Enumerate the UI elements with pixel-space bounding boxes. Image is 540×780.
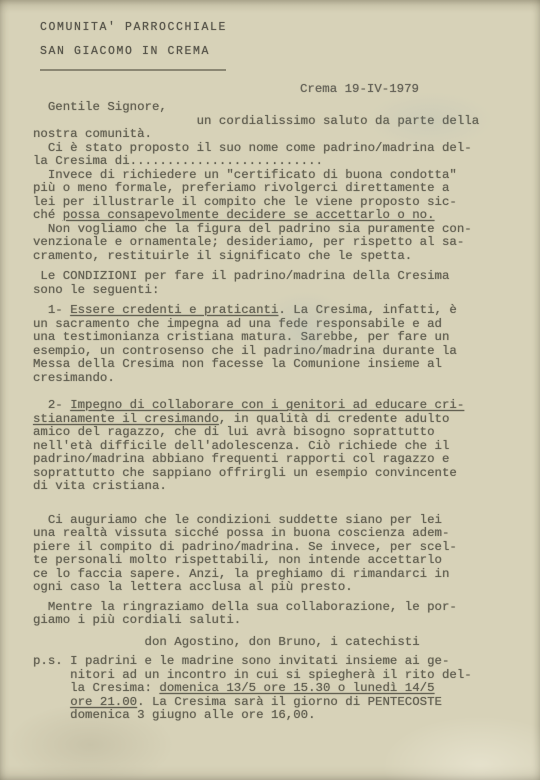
- text-segment: lei per illustrarle il compito che le vi…: [33, 195, 457, 209]
- text-segment: sono le seguenti:: [33, 283, 159, 297]
- text-segment: un sacramento che impegna ad una fede re…: [33, 317, 442, 331]
- letter-line: amico del ragazzo, che di lui avrà bisog…: [33, 426, 479, 440]
- text-segment: un cordialissimo saluto da parte della: [33, 114, 479, 128]
- letterhead-line2: SAN GIACOMO IN CREMA: [40, 40, 227, 64]
- letter-line: Messa della Cresima non facesse la Comun…: [33, 358, 479, 372]
- paragraph: Non vogliamo che la figura del padrino s…: [33, 223, 479, 264]
- text-segment: don Agostino, don Bruno, i catechisti: [33, 635, 420, 649]
- letter-line: Ci è stato proposto il suo nome come pad…: [33, 142, 479, 156]
- text-segment: la Cresima di..........................: [33, 154, 323, 168]
- text-segment: [33, 695, 70, 709]
- letterhead-line1: COMUNITA' PARROCCHIALE: [40, 16, 227, 40]
- letter-line: Le CONDIZIONI per fare il padrino/madrin…: [33, 270, 479, 284]
- text-segment: Non vogliamo che la figura del padrino s…: [33, 222, 472, 236]
- letter-line: stianamente il cresimando, in qualità di…: [33, 413, 479, 427]
- paragraph: 2- Impegno di collaborare con i genitori…: [33, 399, 479, 494]
- text-segment: Gentile Signore,: [33, 100, 167, 114]
- text-segment: . La Cresima, infatti, è: [278, 303, 456, 317]
- underlined-text: ore 21.00: [70, 695, 137, 709]
- text-segment: Invece di richiedere un "certificato di …: [33, 168, 457, 182]
- letter-line: lei per illustrarle il compito che le vi…: [33, 196, 479, 210]
- text-segment: esempio, un controsenso che il padrino/m…: [33, 344, 457, 358]
- text-segment: p.s. I padrini e le madrine sono invitat…: [33, 654, 449, 668]
- letter-line: 1- Essere credenti e praticanti. La Cres…: [33, 304, 479, 318]
- letter-line: Non vogliamo che la figura del padrino s…: [33, 223, 479, 237]
- text-segment: amico del ragazzo, che di lui avrà bisog…: [33, 425, 435, 439]
- text-segment: ogni caso la lettera acclusa al più pres…: [33, 580, 353, 594]
- letter-line: Invece di richiedere un "certificato di …: [33, 169, 479, 183]
- letter-line: Gentile Signore,: [33, 101, 479, 115]
- letter-line: cresimando.: [33, 372, 479, 386]
- letter-line: sono le seguenti:: [33, 284, 479, 298]
- letter-line: cramento, restituirle il significato che…: [33, 250, 479, 264]
- letter-line: ché possa consapevolmente decidere se ac…: [33, 209, 479, 223]
- letter-line: te personali molto rispettabili, non int…: [33, 554, 479, 568]
- text-segment: domenica 3 giugno alle ore 16,00.: [33, 708, 316, 722]
- letter-line: don Agostino, don Bruno, i catechisti: [33, 636, 479, 650]
- text-segment: . La Cresima sarà il giorno di PENTECOST…: [137, 695, 442, 709]
- letterhead-rule: [40, 69, 226, 71]
- letter-line: p.s. I padrini e le madrine sono invitat…: [33, 655, 479, 669]
- letter-line: venzionale e ornamentale; desideriamo, p…: [33, 236, 479, 250]
- paragraph: Ci è stato proposto il suo nome come pad…: [33, 142, 479, 169]
- text-segment: piere il compito di padrino/madrina. Se …: [33, 540, 457, 554]
- paragraph: don Agostino, don Bruno, i catechisti: [33, 636, 479, 650]
- underlined-text: stianamente il cresimando: [33, 412, 219, 426]
- text-segment: più o meno formale, preferiamo rivolgerc…: [33, 181, 449, 195]
- text-segment: nostra comunità.: [33, 127, 152, 141]
- date-line: Crema 19-IV-1979: [300, 82, 419, 96]
- letter-line: ore 21.00. La Cresima sarà il giorno di …: [33, 696, 479, 710]
- text-segment: nell'età difficile dell'adolescenza. Ciò…: [33, 439, 449, 453]
- paragraph: p.s. I padrini e le madrine sono invitat…: [33, 655, 479, 723]
- text-segment: 1-: [33, 303, 70, 317]
- paragraph: Ci auguriamo che le condizioni suddette …: [33, 514, 479, 595]
- letter-line: una realtà vissuta sicché possa in buona…: [33, 527, 479, 541]
- letter-line: nell'età difficile dell'adolescenza. Ciò…: [33, 440, 479, 454]
- text-segment: Le CONDIZIONI per fare il padrino/madrin…: [33, 269, 449, 283]
- text-segment: Mentre la ringraziamo della sua collabor…: [33, 600, 457, 614]
- letter-line: giamo i più cordiali saluti.: [33, 614, 479, 628]
- paragraph: Gentile Signore, un cordialissimo saluto…: [33, 101, 479, 142]
- letter-line: nitori ad un incontro in cui si spiegher…: [33, 669, 479, 683]
- underlined-text: domenica 13/5 ore 15.30 o lunedì 14/5: [159, 681, 434, 695]
- underlined-text: Impegno di collaborare con i genitori ad…: [70, 398, 464, 412]
- paragraph: 1- Essere credenti e praticanti. La Cres…: [33, 304, 479, 385]
- letter-line: un cordialissimo saluto da parte della: [33, 115, 479, 129]
- letter-line: di vita cristiana.: [33, 480, 479, 494]
- paragraph: Le CONDIZIONI per fare il padrino/madrin…: [33, 270, 479, 297]
- letterhead: COMUNITA' PARROCCHIALE SAN GIACOMO IN CR…: [40, 16, 227, 71]
- text-segment: di vita cristiana.: [33, 479, 167, 493]
- text-segment: Messa della Cresima non facesse la Comun…: [33, 357, 442, 371]
- scanned-letter-page: COMUNITA' PARROCCHIALE SAN GIACOMO IN CR…: [0, 0, 540, 780]
- letter-line: padrino/madrina abbiano frequenti rappor…: [33, 453, 479, 467]
- letter-line: piere il compito di padrino/madrina. Se …: [33, 541, 479, 555]
- letter-line: la Cresima di..........................: [33, 155, 479, 169]
- letter-line: soprattutto che sappiano offrirgli un es…: [33, 467, 479, 481]
- letter-line: la Cresima: domenica 13/5 ore 15.30 o lu…: [33, 682, 479, 696]
- letter-line: un sacramento che impegna ad una fede re…: [33, 318, 479, 332]
- underlined-text: Essere credenti e praticanti: [70, 303, 278, 317]
- text-segment: , in qualità di credente adulto: [219, 412, 450, 426]
- letter-line: 2- Impegno di collaborare con i genitori…: [33, 399, 479, 413]
- letter-body: Gentile Signore, un cordialissimo saluto…: [33, 101, 479, 723]
- paragraph: Invece di richiedere un "certificato di …: [33, 169, 479, 223]
- letter-line: più o meno formale, preferiamo rivolgerc…: [33, 182, 479, 196]
- text-segment: cresimando.: [33, 371, 115, 385]
- text-segment: te personali molto rispettabili, non int…: [33, 553, 442, 567]
- letter-line: Ci auguriamo che le condizioni suddette …: [33, 514, 479, 528]
- letter-line: nostra comunità.: [33, 128, 479, 142]
- text-segment: Ci è stato proposto il suo nome come pad…: [33, 141, 472, 155]
- text-segment: padrino/madrina abbiano frequenti rappor…: [33, 452, 449, 466]
- text-segment: giamo i più cordiali saluti.: [33, 613, 241, 627]
- text-segment: cramento, restituirle il significato che…: [33, 249, 412, 263]
- text-segment: nitori ad un incontro in cui si spiegher…: [33, 668, 472, 682]
- text-segment: una realtà vissuta sicché possa in buona…: [33, 526, 449, 540]
- text-segment: soprattutto che sappiano offrirgli un es…: [33, 466, 457, 480]
- text-segment: ce lo faccia sapere. Anzi, la preghiamo …: [33, 567, 449, 581]
- letter-line: esempio, un controsenso che il padrino/m…: [33, 345, 479, 359]
- letter-line: una testimonianza cristiana matura. Sare…: [33, 331, 479, 345]
- paragraph: Mentre la ringraziamo della sua collabor…: [33, 601, 479, 628]
- text-segment: Ci auguriamo che le condizioni suddette …: [33, 513, 442, 527]
- text-segment: 2-: [33, 398, 70, 412]
- underlined-text: possa consapevolmente decidere se accett…: [63, 208, 435, 222]
- letter-line: Mentre la ringraziamo della sua collabor…: [33, 601, 479, 615]
- letter-line: ogni caso la lettera acclusa al più pres…: [33, 581, 479, 595]
- text-segment: ché: [33, 208, 63, 222]
- letter-line: ce lo faccia sapere. Anzi, la preghiamo …: [33, 568, 479, 582]
- text-segment: venzionale e ornamentale; desideriamo, p…: [33, 235, 464, 249]
- text-segment: una testimonianza cristiana matura. Sare…: [33, 330, 449, 344]
- text-segment: la Cresima:: [33, 681, 159, 695]
- letter-line: domenica 3 giugno alle ore 16,00.: [33, 709, 479, 723]
